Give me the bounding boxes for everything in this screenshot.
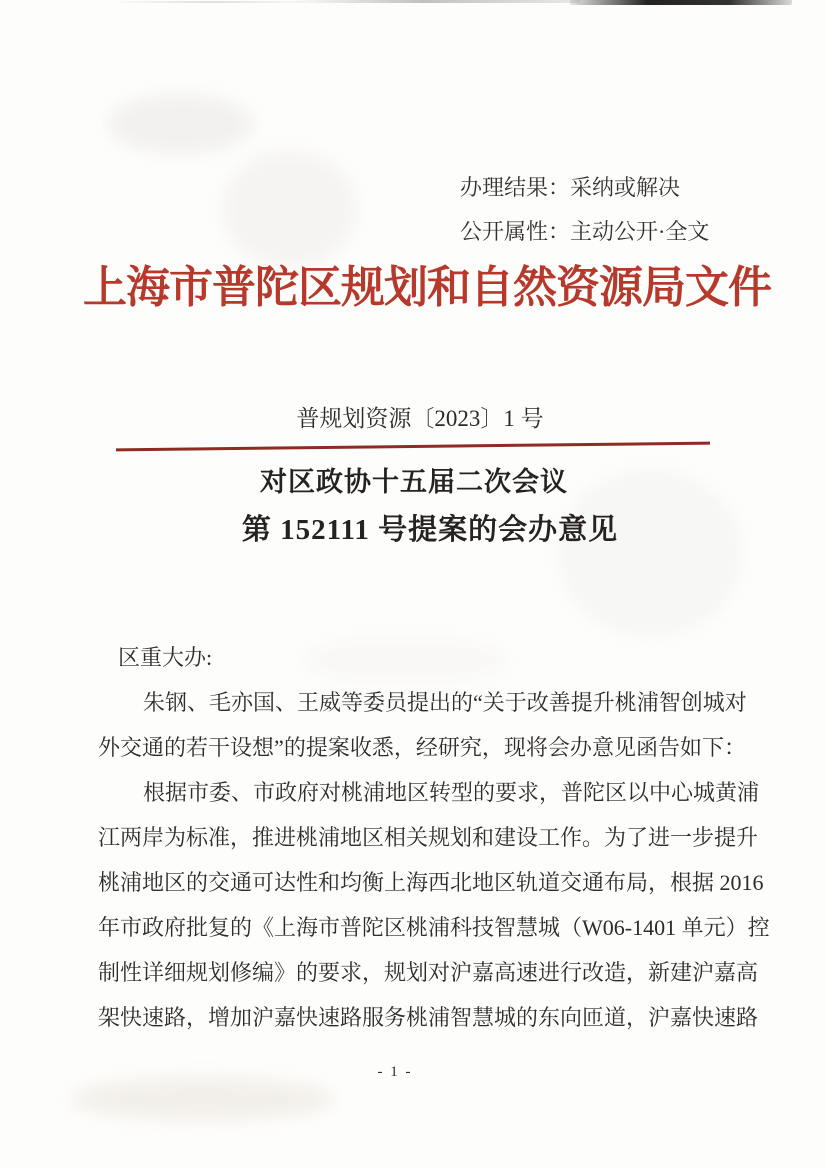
body-text-line: 年市政府批复的《上海市普陀区桃浦科技智慧城（W06-1401 单元）控 xyxy=(98,905,746,950)
letterhead-red-rule xyxy=(116,442,710,452)
body-text-line: 外交通的若干设想”的提案收悉，经研究，现将会办意见函告如下： xyxy=(98,725,746,770)
processing-result-line: 办理结果：采纳或解决 xyxy=(460,166,709,210)
scan-artifact-top-edge-dark xyxy=(570,0,792,5)
document-title-line-2: 第 152111 号提案的会办意见 xyxy=(90,507,770,553)
body-text-line: 架快速路，增加沪嘉快速路服务桃浦智慧城的东向匝道，沪嘉快速路 xyxy=(98,995,746,1040)
scanned-document-page: 办理结果：采纳或解决 公开属性：主动公开·全文 上海市普陀区规划和自然资源局文件… xyxy=(0,0,826,1169)
body-text-line: 根据市委、市政府对桃浦地区转型的要求，普陀区以中心城黄浦 xyxy=(98,770,746,815)
body-text-line: 朱钢、毛亦国、王威等委员提出的“关于改善提升桃浦智创城对 xyxy=(98,680,746,725)
document-title-line-1: 对区政协十五届二次会议 xyxy=(74,462,754,502)
document-reference-number: 普规划资源〔2023〕1 号 xyxy=(90,402,750,436)
body-text-line: 桃浦地区的交通可达性和均衡上海西北地区轨道交通布局，根据 2016 xyxy=(98,860,746,905)
document-body: 区重大办: 朱钢、毛亦国、王威等委员提出的“关于改善提升桃浦智创城对 外交通的若… xyxy=(98,635,746,1040)
disclosure-attribute-line: 公开属性：主动公开·全文 xyxy=(460,210,709,254)
body-text-line: 制性详细规划修编》的要求，规划对沪嘉高速进行改造，新建沪嘉高 xyxy=(98,950,746,995)
scan-smudge xyxy=(222,150,357,268)
salutation: 区重大办: xyxy=(98,635,746,680)
scan-smudge xyxy=(70,1078,335,1120)
scan-artifact-top-edge-left xyxy=(118,1,303,3)
agency-letterhead-title: 上海市普陀区规划和自然资源局文件 xyxy=(83,256,743,320)
scan-artifact-top-edge-mid xyxy=(295,0,580,3)
scan-smudge xyxy=(108,95,253,153)
page-number: - 1 - xyxy=(0,1064,790,1081)
body-text-line: 江两岸为标准，推进桃浦地区相关规划和建设工作。为了进一步提升 xyxy=(98,815,746,860)
processing-meta: 办理结果：采纳或解决 公开属性：主动公开·全文 xyxy=(460,166,709,254)
